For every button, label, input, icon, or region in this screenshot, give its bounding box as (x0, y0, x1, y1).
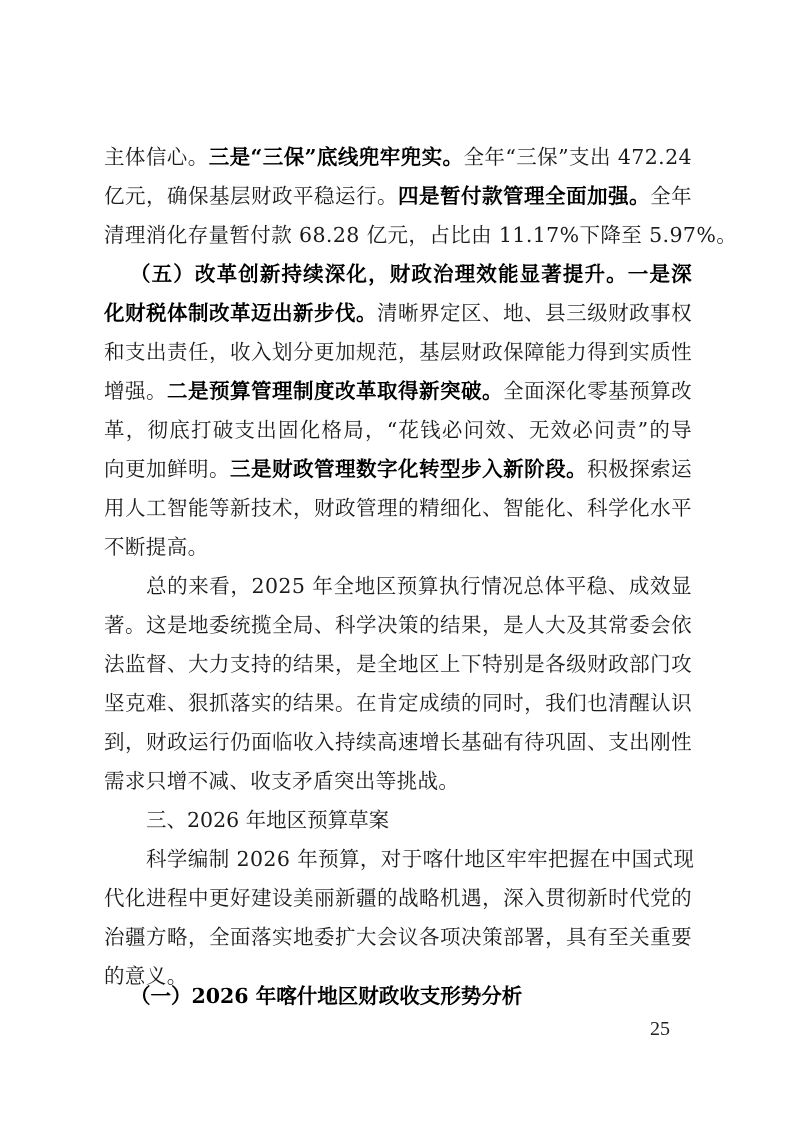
text-line: 需求只增不减、收支矛盾突出等挑战。 (104, 762, 692, 800)
text-line: 总的来看，2025 年全地区预算执行情况总体平稳、成效显 (146, 567, 692, 605)
subsection-heading: （一）2026 年喀什地区财政收支形势分析 (130, 977, 522, 1015)
text-segment: 著。这是地委统揽全局、科学决策的结果，是人大及其常委会依 (104, 613, 692, 637)
text-segment: 革，彻底打破支出固化格局，“花钱必问效、无效必问责”的导 (104, 418, 692, 442)
text-line: 增强。二是预算管理制度改革取得新突破。全面深化零基预算改 (104, 372, 692, 410)
text-segment: 清理消化存量暂付款 68.28 亿元，占比由 11.17%下降至 5.97%。 (104, 223, 737, 247)
bold-text-segment: 四是暂付款管理全面加强。 (398, 184, 650, 208)
section-heading-line: （五）改革创新持续深化，财政治理效能显著提升。一是深 (130, 255, 692, 293)
text-segment: 治疆方略，全面落实地委扩大会议各项决策部署，具有至关重要 (104, 925, 692, 949)
text-line: 化财税体制改革迈出新步伐。清晰界定区、地、县三级财政事权 (104, 294, 692, 332)
chapter-heading: 三、2026 年地区预算草案 (146, 801, 389, 839)
bold-text-segment: 二是预算管理制度改革取得新突破。 (167, 379, 503, 403)
text-line: 革，彻底打破支出固化格局，“花钱必问效、无效必问责”的导 (104, 411, 692, 449)
text-segment: 和支出责任，收入划分更加规范，基层财政保障能力得到实质性 (104, 340, 692, 364)
text-segment: 全面深化零基预算改 (503, 379, 692, 403)
text-segment: 积极探索运 (587, 457, 692, 481)
text-line: 法监督、大力支持的结果，是全地区上下特别是各级财政部门攻 (104, 645, 692, 683)
text-segment: 需求只增不减、收支矛盾突出等挑战。 (104, 769, 459, 793)
text-segment: 向更加鲜明。 (104, 457, 230, 481)
text-line: 亿元，确保基层财政平稳运行。四是暂付款管理全面加强。全年 (104, 177, 692, 215)
text-line: 和支出责任，收入划分更加规范，基层财政保障能力得到实质性 (104, 333, 692, 371)
text-segment: 法监督、大力支持的结果，是全地区上下特别是各级财政部门攻 (104, 652, 692, 676)
bold-text-segment: 三是财政管理数字化转型步入新阶段。 (230, 457, 587, 481)
text-line: 清理消化存量暂付款 68.28 亿元，占比由 11.17%下降至 5.97%。 (104, 216, 692, 254)
heading-text: 三、2026 年地区预算草案 (146, 808, 389, 832)
text-line: 著。这是地委统揽全局、科学决策的结果，是人大及其常委会依 (104, 606, 692, 644)
text-line: 坚克难、狠抓落实的结果。在肯定成绩的同时，我们也清醒认识 (104, 684, 692, 722)
text-segment: 总的来看，2025 年全地区预算执行情况总体平稳、成效显 (146, 574, 692, 598)
text-line: 向更加鲜明。三是财政管理数字化转型步入新阶段。积极探索运 (104, 450, 692, 488)
text-line: 科学编制 2026 年预算，对于喀什地区牢牢把握在中国式现 (146, 840, 692, 878)
heading-text: （一）2026 年喀什地区财政收支形势分析 (130, 984, 522, 1008)
text-segment: 全年“三保”支出 472.24 (463, 145, 692, 169)
text-line: 用人工智能等新技术，财政管理的精细化、智能化、科学化水平 (104, 489, 692, 527)
bold-text-segment: （五）改革创新持续深化，财政治理效能显著提升。一是深 (130, 262, 692, 286)
text-line: 到，财政运行仍面临收入持续高速增长基础有待巩固、支出刚性 (104, 723, 692, 761)
text-segment: 用人工智能等新技术，财政管理的精细化、智能化、科学化水平 (104, 496, 692, 520)
text-line: 不断提高。 (104, 528, 692, 566)
text-segment: 主体信心。 (104, 145, 209, 169)
text-segment: 科学编制 2026 年预算，对于喀什地区牢牢把握在中国式现 (146, 847, 694, 871)
text-segment: 亿元，确保基层财政平稳运行。 (104, 184, 398, 208)
text-segment: 到，财政运行仍面临收入持续高速增长基础有待巩固、支出刚性 (104, 730, 692, 754)
text-segment: 清晰界定区、地、县三级财政事权 (377, 301, 692, 325)
page-number: 25 (650, 1018, 670, 1041)
text-segment: 坚克难、狠抓落实的结果。在肯定成绩的同时，我们也清醒认识 (104, 691, 692, 715)
text-line: 治疆方略，全面落实地委扩大会议各项决策部署，具有至关重要 (104, 918, 692, 956)
bold-text-segment: 化财税体制改革迈出新步伐。 (104, 301, 377, 325)
text-segment: 代化进程中更好建设美丽新疆的战略机遇，深入贯彻新时代党的 (104, 886, 692, 910)
text-segment: 增强。 (104, 379, 167, 403)
bold-text-segment: 三是“三保”底线兜牢兜实。 (209, 145, 464, 169)
text-segment: 全年 (650, 184, 692, 208)
document-page: 主体信心。三是“三保”底线兜牢兜实。全年“三保”支出 472.24 亿元，确保基… (0, 0, 793, 1122)
text-line: 主体信心。三是“三保”底线兜牢兜实。全年“三保”支出 472.24 (104, 138, 692, 176)
text-segment: 不断提高。 (104, 535, 209, 559)
text-line: 代化进程中更好建设美丽新疆的战略机遇，深入贯彻新时代党的 (104, 879, 692, 917)
